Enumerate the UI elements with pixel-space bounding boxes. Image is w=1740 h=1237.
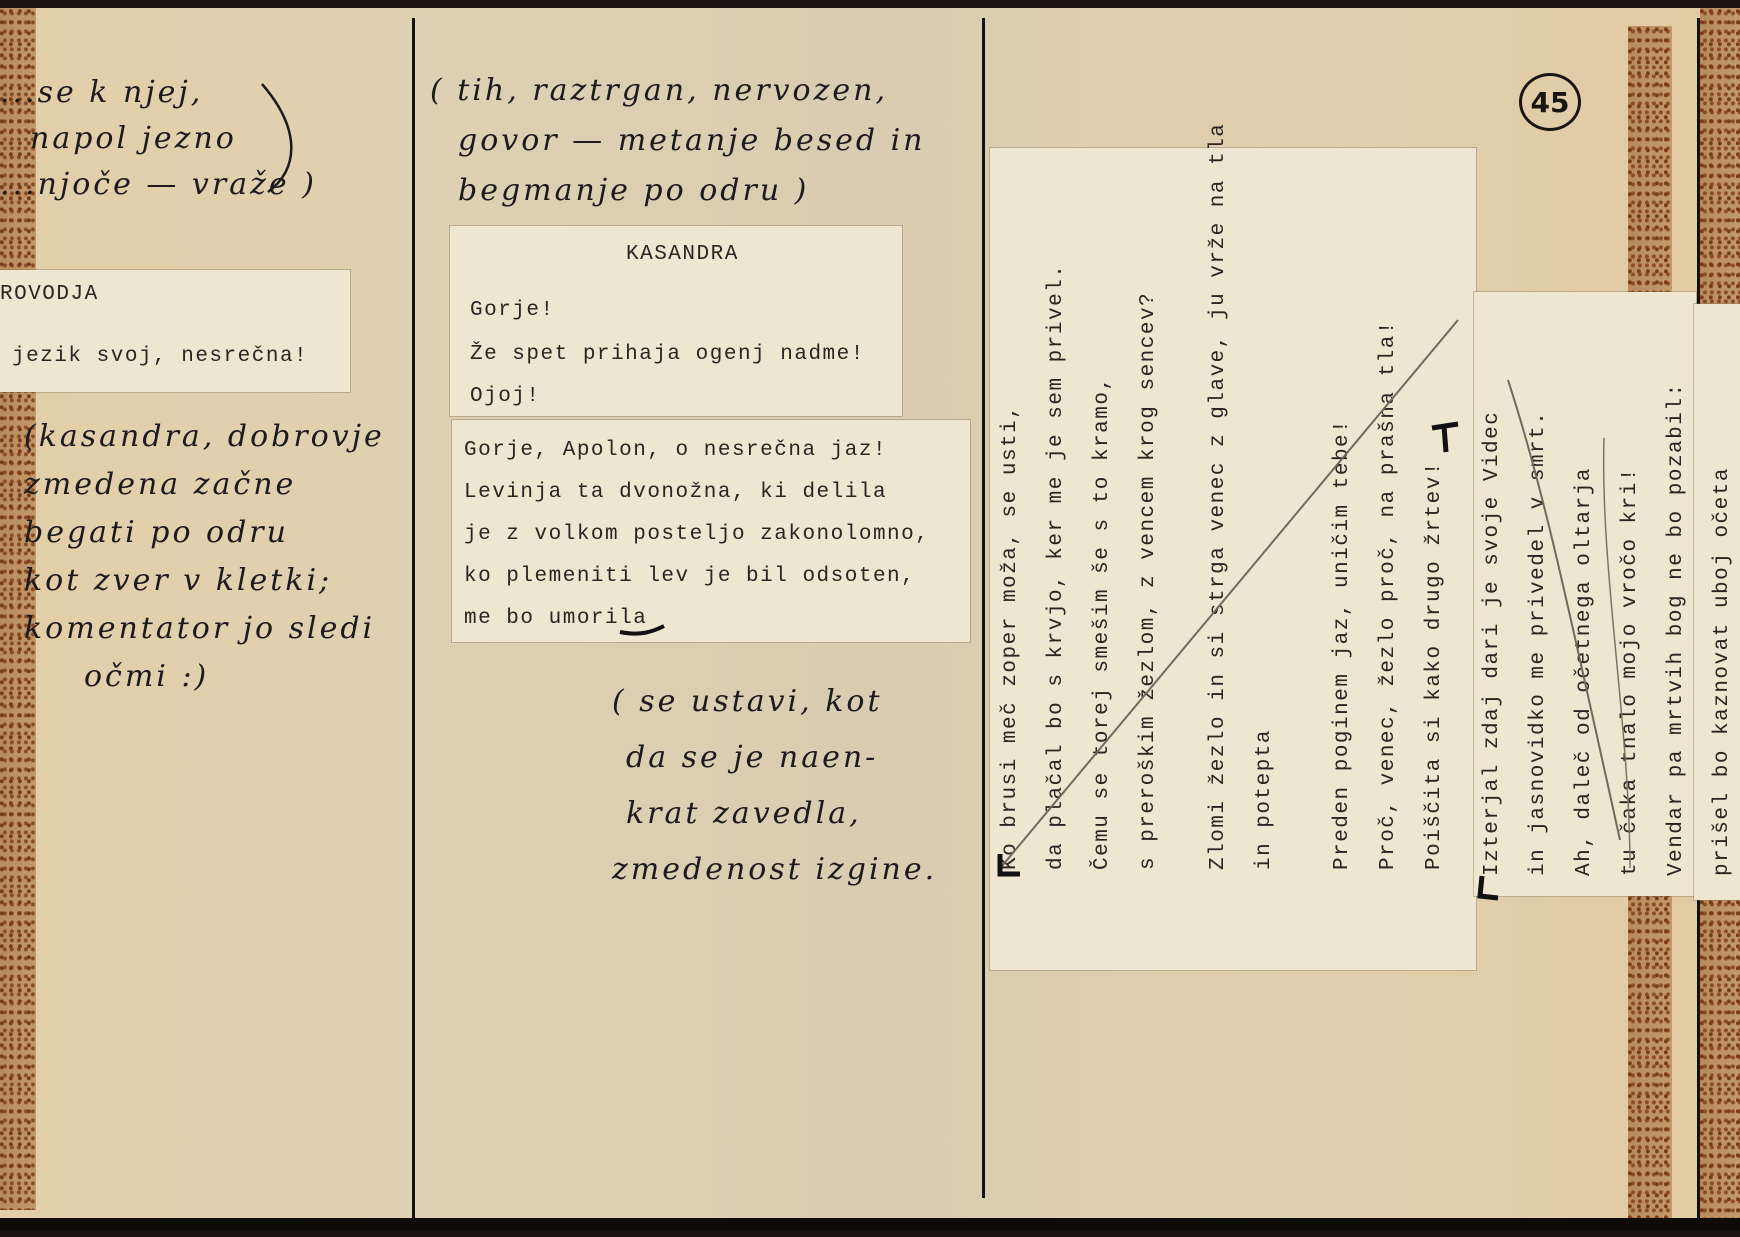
speaker-name: ROVODJA (0, 284, 99, 305)
left-note-bottom: (kasandra, dobrovje zmedena začne begati… (24, 413, 385, 701)
typed-slip-kasandra-2: Gorje, Apolon, o nesrečna jaz! Levinja t… (452, 420, 970, 642)
typed-line: Ah, daleč od očetnega oltarja (1574, 467, 1595, 876)
typed-line: me bo umorila (464, 608, 647, 629)
typed-line: Levinja ta dvonožna, ki delila (464, 482, 887, 503)
column-rule-2 (982, 18, 985, 1198)
column-rule-1 (412, 18, 415, 1218)
typed-line: jezik svoj, nesrečna! (12, 346, 308, 367)
typed-line: Gorje, Apolon, o nesrečna jaz! (464, 440, 887, 461)
typed-line: Ko brusi meč zoper moža, se usti, (1000, 405, 1021, 870)
note-line: govor — metanje besed in (430, 116, 926, 166)
note-line: ...se k njej, (0, 70, 317, 116)
note-line: očmi :) (24, 653, 385, 701)
typed-line: Izterjal zdaj dari je svoje Videc (1482, 411, 1503, 876)
page-bottom-edge (0, 1218, 1740, 1230)
typed-line: Čemu se torej smešim še s to kramo, (1092, 376, 1113, 870)
speaker-name: KASANDRA (626, 244, 739, 265)
typed-line: Preden poginem jaz, uničim tebe! (1332, 419, 1353, 870)
note-line: napol jezno (0, 116, 317, 162)
note-line: krat zavedla, (612, 786, 937, 842)
typed-line: je z volkom posteljo zakonolomno, (464, 524, 929, 545)
typed-line: da plačal bo s krvjo, ker me je sem priv… (1046, 264, 1067, 870)
typed-line: Zlomi žezlo in si strga venec z glave, j… (1208, 123, 1229, 870)
note-line: begmanje po odru ) (430, 166, 926, 216)
typed-line: Vendar pa mrtvih bog ne bo pozabil: (1666, 382, 1687, 876)
typed-line: in potepta (1254, 729, 1275, 870)
note-line: komentator jo sledi (24, 605, 385, 653)
page-number-badge: 45 (1519, 73, 1581, 131)
typed-line: Proč, venec, žezlo proč, na prašna tla! (1378, 320, 1399, 870)
note-line: ...njoče — vraže ) (0, 162, 317, 208)
middle-note-top: ( tih, raztrgan, nervozen, govor — metan… (430, 66, 926, 216)
note-line: (kasandra, dobrovje (24, 413, 385, 461)
middle-note-bottom: ( se ustavi, kot da se je naen- krat zav… (612, 674, 937, 898)
note-line: da se je naen- (612, 730, 937, 786)
typed-slip-chorus: ROVODJA jezik svoj, nesrečna! (0, 270, 350, 392)
typed-line: Ojoj! (470, 386, 541, 407)
note-line: zmedena začne (24, 461, 385, 509)
note-line: ( se ustavi, kot (612, 674, 937, 730)
left-note-top: ...se k njej, napol jezno ...njoče — vra… (0, 70, 317, 208)
typed-line: Gorje! (470, 300, 555, 321)
typed-line: s preroškim žezlom, z vencem krog sencev… (1138, 292, 1159, 870)
manuscript-page: 45 ...se k njej, napol jezno ...njoče — … (0, 8, 1740, 1230)
typed-line: Že spet prihaja ogenj nadme! (470, 344, 865, 365)
typed-line: tu čaka tnalo mojo vročo kri! (1620, 467, 1641, 876)
typed-line: in jasnovidko me privedel v smrt. (1528, 411, 1549, 876)
typed-line: ko plemeniti lev je bil odsoten, (464, 566, 915, 587)
note-line: zmedenost izgine. (612, 842, 937, 898)
note-line: ( tih, raztrgan, nervozen, (430, 66, 926, 116)
typed-slip-kasandra-1: KASANDRA Gorje! Že spet prihaja ogenj na… (450, 226, 902, 416)
typed-line: Poiščita si kako drugo žrtev! (1424, 461, 1445, 870)
note-line: kot zver v kletki; (24, 557, 385, 605)
typed-line: prišel bo kaznovat uboj očeta (1712, 467, 1733, 876)
note-line: begati po odru (24, 509, 385, 557)
